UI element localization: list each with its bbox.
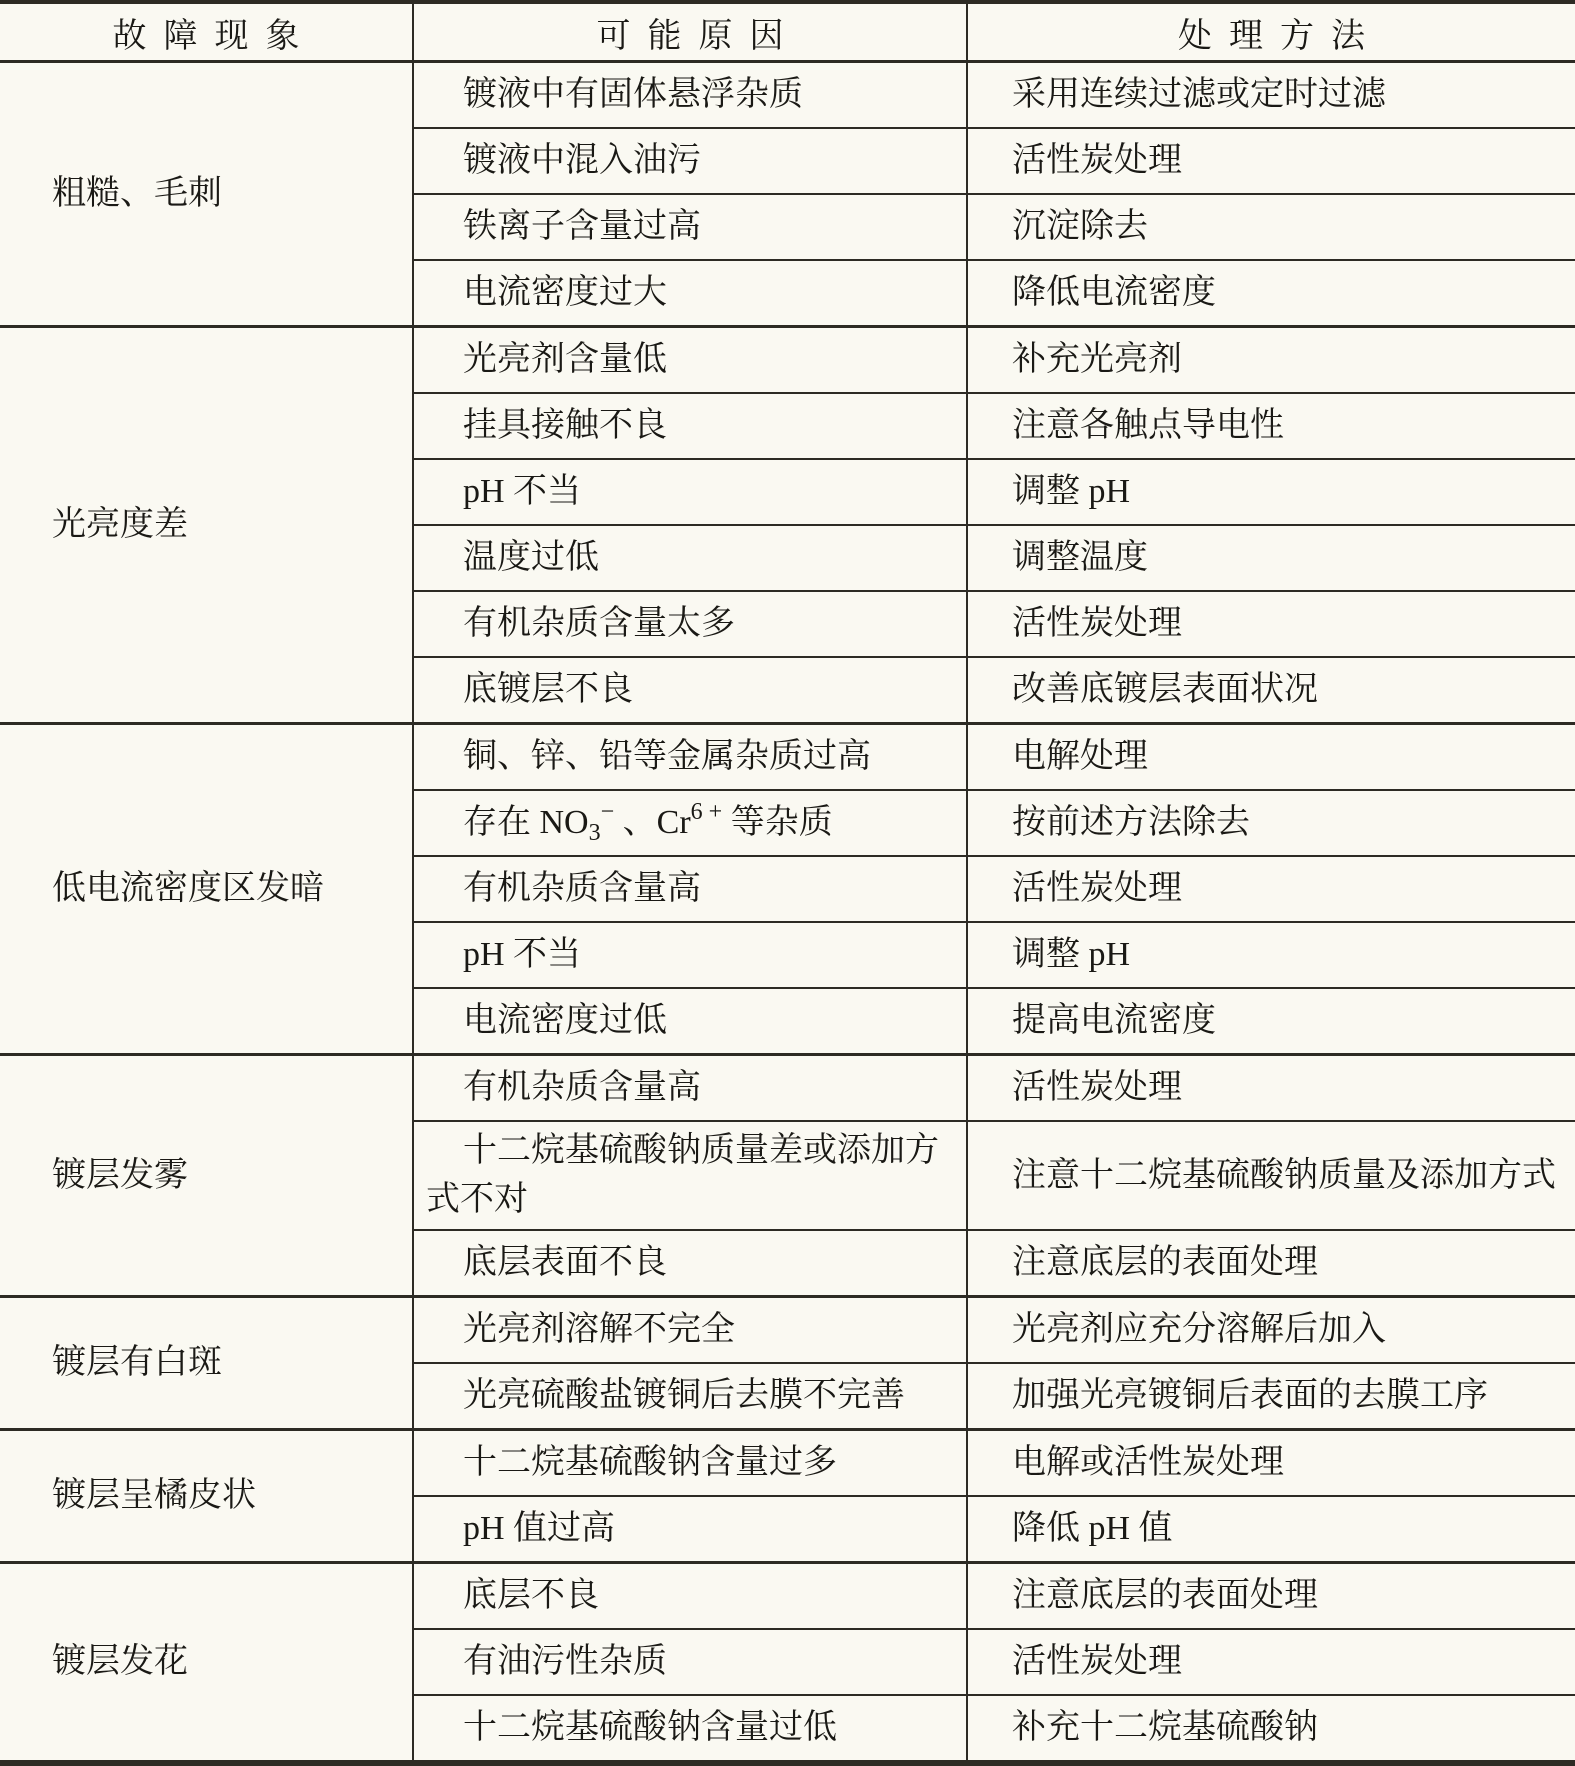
remedy-cell: 电解处理 [967, 724, 1575, 791]
remedy-cell: 注意底层的表面处理 [967, 1230, 1575, 1297]
remedy-cell: 注意底层的表面处理 [967, 1562, 1575, 1629]
remedy-cell: 采用连续过滤或定时过滤 [967, 62, 1575, 129]
cause-cell: 光亮剂含量低 [413, 327, 967, 394]
table-row: 镀层发花底层不良注意底层的表面处理 [0, 1562, 1575, 1629]
fault-cell: 低电流密度区发暗 [0, 724, 413, 1055]
column-header-cause: 可能原因 [413, 2, 967, 62]
table-row: 镀层呈橘皮状十二烷基硫酸钠含量过多电解或活性炭处理 [0, 1429, 1575, 1496]
cause-cell: pH 不当 [413, 459, 967, 525]
cause-cell: 铜、锌、铅等金属杂质过高 [413, 724, 967, 791]
cause-cell: 温度过低 [413, 525, 967, 591]
remedy-cell: 注意各触点导电性 [967, 393, 1575, 459]
remedy-cell: 补充光亮剂 [967, 327, 1575, 394]
fault-cell: 镀层发雾 [0, 1055, 413, 1297]
table-row: 光亮度差光亮剂含量低补充光亮剂 [0, 327, 1575, 394]
column-header-remedy: 处理方法 [967, 2, 1575, 62]
cause-cell: pH 不当 [413, 922, 967, 988]
fault-cell: 镀层发花 [0, 1562, 413, 1763]
cause-cell: 有机杂质含量太多 [413, 591, 967, 657]
remedy-cell: 活性炭处理 [967, 1055, 1575, 1122]
remedy-cell: 按前述方法除去 [967, 790, 1575, 856]
remedy-cell: 调整 pH [967, 459, 1575, 525]
remedy-cell: 活性炭处理 [967, 1629, 1575, 1695]
cause-cell: 铁离子含量过高 [413, 194, 967, 260]
fault-cell: 镀层有白斑 [0, 1296, 413, 1429]
cause-cell: 底层不良 [413, 1562, 967, 1629]
remedy-cell: 调整温度 [967, 525, 1575, 591]
remedy-cell: 活性炭处理 [967, 856, 1575, 922]
cause-cell: pH 值过高 [413, 1496, 967, 1563]
cause-cell: 光亮硫酸盐镀铜后去膜不完善 [413, 1363, 967, 1430]
table-row: 粗糙、毛刺镀液中有固体悬浮杂质采用连续过滤或定时过滤 [0, 62, 1575, 129]
cause-cell: 光亮剂溶解不完全 [413, 1296, 967, 1363]
cause-cell: 底层表面不良 [413, 1230, 967, 1297]
remedy-cell: 电解或活性炭处理 [967, 1429, 1575, 1496]
cause-cell: 挂具接触不良 [413, 393, 967, 459]
cause-cell: 镀液中混入油污 [413, 128, 967, 194]
cause-cell: 底镀层不良 [413, 657, 967, 724]
cause-cell: 有机杂质含量高 [413, 856, 967, 922]
cause-cell: 存在 NO3− 、Cr6 + 等杂质 [413, 790, 967, 856]
remedy-cell: 补充十二烷基硫酸钠 [967, 1695, 1575, 1763]
cause-cell: 十二烷基硫酸钠含量过低 [413, 1695, 967, 1763]
remedy-cell: 活性炭处理 [967, 591, 1575, 657]
remedy-cell: 活性炭处理 [967, 128, 1575, 194]
column-header-fault: 故障现象 [0, 2, 413, 62]
table-row: 镀层发雾有机杂质含量高活性炭处理 [0, 1055, 1575, 1122]
table-row: 镀层有白斑光亮剂溶解不完全光亮剂应充分溶解后加入 [0, 1296, 1575, 1363]
remedy-cell: 降低电流密度 [967, 260, 1575, 327]
remedy-cell: 降低 pH 值 [967, 1496, 1575, 1563]
remedy-cell: 改善底镀层表面状况 [967, 657, 1575, 724]
header-row: 故障现象 可能原因 处理方法 [0, 2, 1575, 62]
remedy-cell: 沉淀除去 [967, 194, 1575, 260]
remedy-cell: 提高电流密度 [967, 988, 1575, 1055]
cause-cell: 十二烷基硫酸钠含量过多 [413, 1429, 967, 1496]
cause-cell: 有油污性杂质 [413, 1629, 967, 1695]
remedy-cell: 光亮剂应充分溶解后加入 [967, 1296, 1575, 1363]
remedy-cell: 加强光亮镀铜后表面的去膜工序 [967, 1363, 1575, 1430]
remedy-cell: 调整 pH [967, 922, 1575, 988]
fault-cell: 粗糙、毛刺 [0, 62, 413, 327]
table-row: 低电流密度区发暗铜、锌、铅等金属杂质过高电解处理 [0, 724, 1575, 791]
cause-cell: 电流密度过大 [413, 260, 967, 327]
remedy-cell: 注意十二烷基硫酸钠质量及添加方式 [967, 1121, 1575, 1230]
troubleshooting-table: 故障现象 可能原因 处理方法 粗糙、毛刺镀液中有固体悬浮杂质采用连续过滤或定时过… [0, 0, 1575, 1766]
cause-cell: 十二烷基硫酸钠质量差或添加方式不对 [413, 1121, 967, 1230]
cause-cell: 有机杂质含量高 [413, 1055, 967, 1122]
fault-cell: 镀层呈橘皮状 [0, 1429, 413, 1562]
cause-cell: 电流密度过低 [413, 988, 967, 1055]
table-body: 粗糙、毛刺镀液中有固体悬浮杂质采用连续过滤或定时过滤镀液中混入油污活性炭处理铁离… [0, 62, 1575, 1763]
fault-cell: 光亮度差 [0, 327, 413, 724]
cause-cell: 镀液中有固体悬浮杂质 [413, 62, 967, 129]
